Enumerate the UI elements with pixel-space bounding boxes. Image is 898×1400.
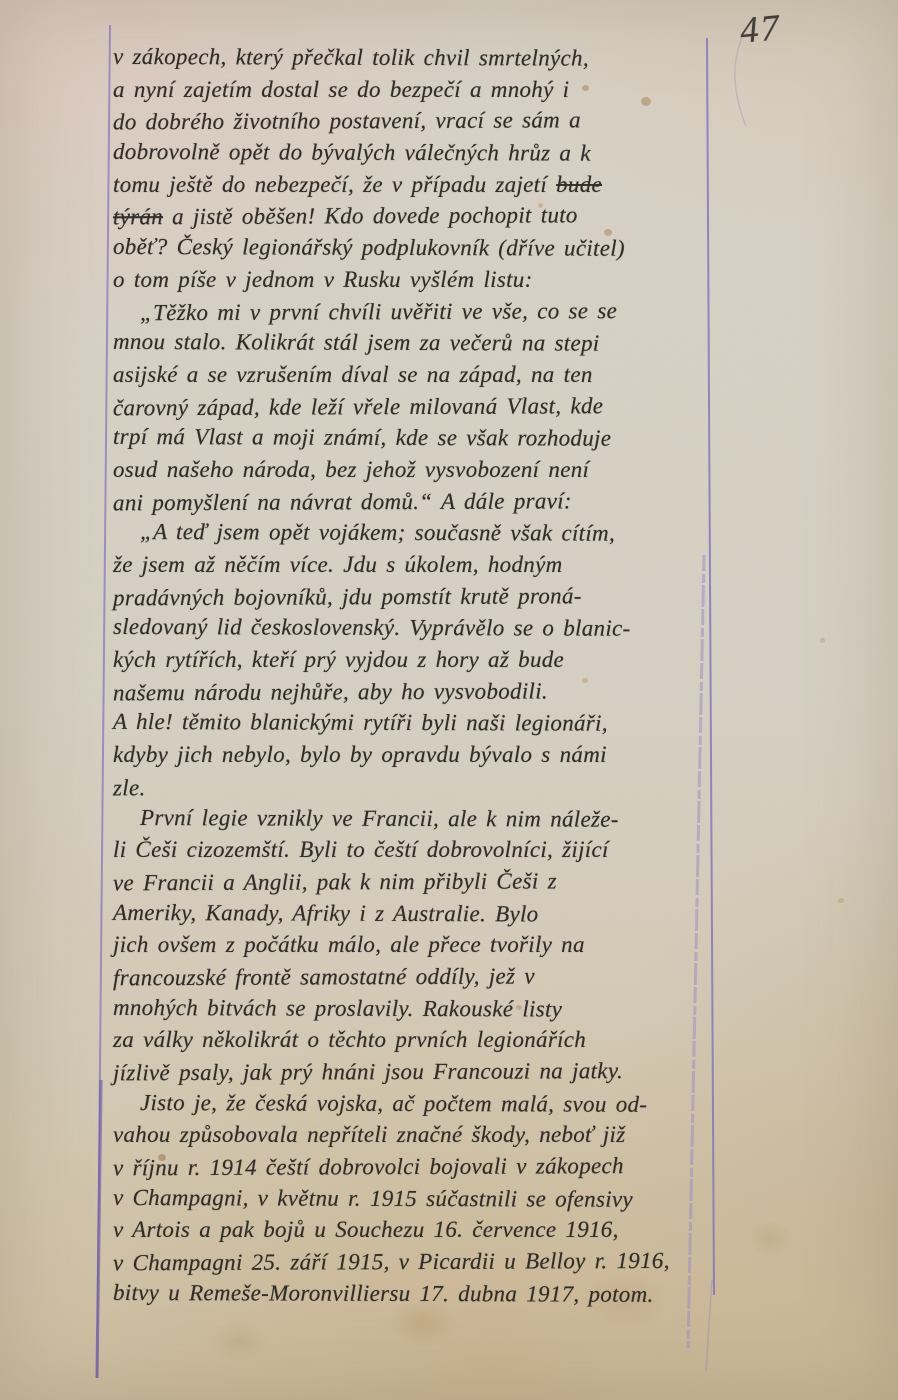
manuscript-line: do dobrého životního postavení, vrací se… xyxy=(113,104,725,138)
manuscript-line: že jsem až něčím více. Jdu s úkolem, hod… xyxy=(113,549,725,581)
page-number: 47 xyxy=(738,6,783,52)
manuscript-line: trpí má Vlast a moji známí, kde se však … xyxy=(113,421,725,455)
manuscript-line: v Champagni 25. září 1915, v Picardii u … xyxy=(113,1245,725,1279)
manuscript-line: „Těžko mi v první chvíli uvěřiti ve vše,… xyxy=(113,294,725,328)
left-margin-rule xyxy=(97,25,110,1378)
manuscript-line: jízlivě psaly, jak prý hnáni jsou Franco… xyxy=(113,1055,725,1089)
manuscript-line: bitvy u Remeše-Moronvilliersu 17. dubna … xyxy=(113,1277,725,1311)
manuscript-text: v zákopech, který přečkal tolik chvil sm… xyxy=(113,42,725,1310)
paper-stain xyxy=(820,638,825,643)
manuscript-line: mnou stalo. Kolikrát stál jsem za večerů… xyxy=(113,326,725,360)
manuscript-line: dobrovolně opět do bývalých válečných hr… xyxy=(113,136,725,170)
manuscript-line: v Champagni, v květnu r. 1915 súčastnili… xyxy=(113,1182,725,1216)
paper-stain xyxy=(838,898,844,903)
manuscript-line: čarovný západ, kde leží vřele milovaná V… xyxy=(113,389,725,423)
manuscript-line: oběť? Český legionářský podplukovník (dř… xyxy=(113,231,725,265)
manuscript-line: kdyby jich nebylo, bylo by opravdu býval… xyxy=(113,739,725,771)
manuscript-line: pradávných bojovníků, jdu pomstít krutě … xyxy=(113,579,725,613)
paper-stain xyxy=(748,1220,792,1256)
manuscript-line: ve Francii a Anglii, pak k nim přibyli Č… xyxy=(113,865,725,899)
manuscript-line: li Češi cizozemští. Byli to čeští dobrov… xyxy=(113,834,725,866)
manuscript-line: a nyní zajetím dostal se do bezpečí a mn… xyxy=(113,74,725,106)
left-margin-rule-lower xyxy=(97,1080,101,1378)
manuscript-line: jich ovšem z počátku málo, ale přece tvo… xyxy=(113,929,725,961)
manuscript-line: za války několikrát o těchto prvních leg… xyxy=(113,1024,725,1056)
manuscript-page: 47 v zákopech, který přečkal tolik chvil… xyxy=(0,0,898,1400)
manuscript-line: tomu ještě do nebezpečí, že v případu za… xyxy=(113,169,725,201)
struck-word: bude xyxy=(556,172,602,197)
manuscript-line: našemu národu nejhůře, aby ho vysvobodil… xyxy=(113,674,725,708)
manuscript-line: kých rytířích, kteří prý vyjdou z hory a… xyxy=(113,644,725,676)
manuscript-line: Jisto je, že česká vojska, ač počtem mal… xyxy=(113,1087,725,1121)
manuscript-line: týrán a jistě oběšen! Kdo dovede pochopi… xyxy=(113,199,725,233)
manuscript-line: v Artois a pak bojů u Souchezu 16. červe… xyxy=(113,1214,725,1246)
manuscript-line: ani pomyšlení na návrat domů.“ A dále pr… xyxy=(113,484,725,518)
paper-stain xyxy=(210,1320,270,1362)
manuscript-line: asijské a se vzrušením díval se na západ… xyxy=(113,359,725,391)
manuscript-line: Ameriky, Kanady, Afriky i z Australie. B… xyxy=(113,896,725,930)
manuscript-line: o tom píše v jednom v Rusku vyšlém listu… xyxy=(113,264,725,296)
manuscript-line: A hle! těmito blanickými rytíři byli naš… xyxy=(113,706,725,740)
manuscript-line: mnohých bitvách se proslavily. Rakouské … xyxy=(113,992,725,1026)
manuscript-line: První legie vznikly ve Francii, ale k ni… xyxy=(113,801,725,835)
manuscript-line: zle. xyxy=(113,769,725,803)
manuscript-line: „A teď jsem opět vojákem; současně však … xyxy=(113,516,725,550)
manuscript-line: v zákopech, který přečkal tolik chvil sm… xyxy=(113,41,725,75)
manuscript-line: vahou způsobovala nepříteli značné škody… xyxy=(113,1119,725,1151)
manuscript-line: francouzské frontě samostatné oddíly, je… xyxy=(113,960,725,994)
manuscript-line: osud našeho národa, bez jehož vysvobozen… xyxy=(113,454,725,486)
manuscript-line: v říjnu r. 1914 čeští dobrovolci bojoval… xyxy=(113,1150,725,1184)
struck-word: týrán xyxy=(113,205,163,230)
manuscript-line: sledovaný lid československý. Vyprávělo … xyxy=(113,611,725,645)
